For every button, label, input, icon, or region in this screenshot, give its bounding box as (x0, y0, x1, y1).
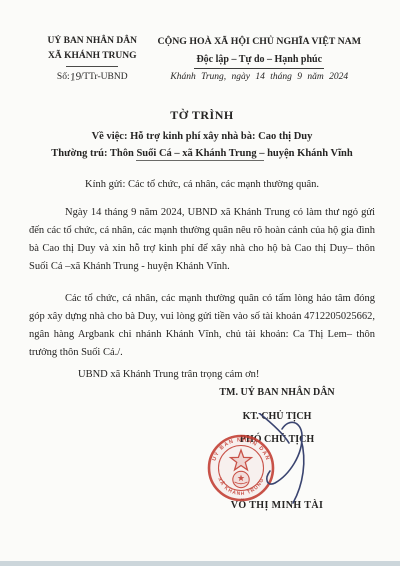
scan-edge-artifact (0, 561, 400, 566)
closing-line: UBND xã Khánh Trung trân trọng cám ơn! (29, 369, 375, 380)
doc-no-suffix: /TTr-UBND (81, 72, 128, 82)
doc-no-handwritten: 19 (69, 70, 81, 83)
doc-no-prefix: Số: (57, 72, 70, 82)
signer-title: PHÓ CHỦ TỊCH (189, 434, 365, 445)
svg-text:XÃ KHÁNH TRUNG: XÃ KHÁNH TRUNG (216, 477, 265, 497)
residence-line: Thường trú: Thôn Suối Cá – xã Khánh Trun… (29, 148, 375, 159)
national-motto-block: CỘNG HOÀ XÃ HỘI CHỦ NGHĨA VIỆT NAM Độc l… (158, 34, 362, 82)
body-paragraph-1: Ngày 14 tháng 9 năm 2024, UBND xã Khánh … (29, 204, 375, 276)
salutation-line: Kính gửi: Các tổ chức, cá nhân, các mạnh… (29, 179, 375, 190)
document-page: UỶ BAN NHÂN DÂN XÃ KHÁNH TRUNG Số:19/TTr… (0, 0, 400, 566)
red-seal: UỶ BAN NHÂN DÂN XÃ KHÁNH TRUNG (209, 436, 273, 500)
seal-star-icon (231, 450, 252, 470)
signature-signed-for: KT. CHỦ TỊCH (189, 411, 365, 422)
signer-name: VÕ THỊ MINH TÀI (189, 500, 365, 511)
seal-ring-text-bottom: XÃ KHÁNH TRUNG (216, 477, 265, 497)
document-type-title: TỜ TRÌNH (29, 108, 375, 123)
national-motto-line1: CỘNG HOÀ XÃ HỘI CHỦ NGHĨA VIỆT NAM (158, 34, 362, 49)
residence-suffix: huyện Khánh Vĩnh (264, 148, 352, 159)
issuing-agency-block: UỶ BAN NHÂN DÂN XÃ KHÁNH TRUNG Số:19/TTr… (35, 34, 150, 82)
residence-prefix: Thường trú: Thôn (51, 148, 136, 159)
document-subject: Về việc: Hỗ trợ kinh phí xây nhà bà: Cao… (29, 131, 375, 142)
agency-underline (66, 66, 118, 67)
document-header: UỶ BAN NHÂN DÂN XÃ KHÁNH TRUNG Số:19/TTr… (29, 34, 375, 82)
national-motto-line2: Độc lập – Tự do – Hạnh phúc (194, 53, 324, 69)
place-and-date: Khánh Trung, ngày 14 tháng 9 năm 2024 (158, 72, 362, 82)
agency-parent: UỶ BAN NHÂN DÂN (35, 34, 150, 49)
document-number: Số:19/TTr-UBND (35, 70, 150, 82)
residence-underlined: Suối Cá – xã Khánh Trung – (136, 148, 264, 161)
agency-name: XÃ KHÁNH TRUNG (35, 49, 150, 64)
body-paragraph-2: Các tổ chức, cá nhân, các mạnh thường qu… (29, 290, 375, 362)
official-seal-and-signature: UỶ BAN NHÂN DÂN XÃ KHÁNH TRUNG (189, 413, 359, 513)
seal-emblem-icon (233, 471, 249, 487)
signature-block: TM. UỶ BAN NHÂN DÂN KT. CHỦ TỊCH PHÓ CHỦ… (189, 387, 365, 515)
handwritten-signature (259, 413, 304, 503)
signature-on-behalf: TM. UỶ BAN NHÂN DÂN (189, 387, 365, 398)
